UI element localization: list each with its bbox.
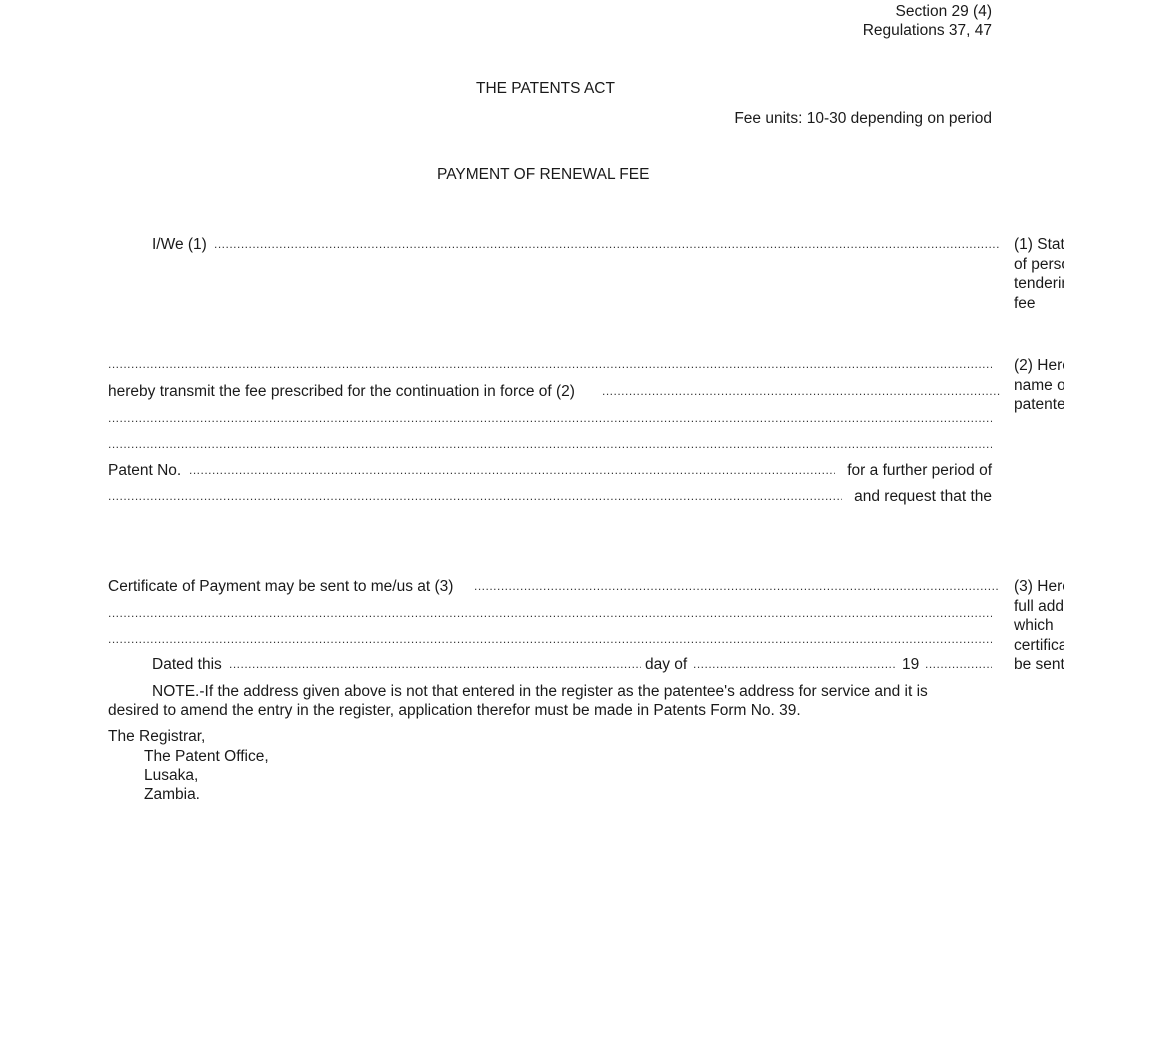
request-label: and request that the	[854, 487, 992, 506]
margin-note-3-line: certificate	[1014, 636, 1064, 656]
note-line-2: desired to amend the entry in the regist…	[108, 701, 801, 720]
patent-no-label: Patent No.	[108, 461, 181, 480]
margin-note-1-line: (1) State	[1014, 235, 1064, 255]
patentee-name-field-line2[interactable]	[108, 409, 992, 428]
address-city: Lusaka,	[144, 766, 198, 785]
section-reference: Section 29 (4)	[896, 2, 993, 21]
margin-note-1-line: tendering	[1014, 274, 1064, 294]
year-field[interactable]	[925, 655, 992, 674]
margin-note-2: (2) Here name of patentee	[1014, 356, 1064, 415]
address-registrar: The Registrar,	[108, 727, 205, 746]
address-country: Zambia.	[144, 785, 200, 804]
further-period-label: for a further period of	[847, 461, 992, 480]
margin-note-2-line: (2) Here	[1014, 356, 1064, 376]
year-prefix: 19	[902, 655, 919, 674]
margin-note-1-line: of persons	[1014, 255, 1064, 275]
applicant-name-field-continued[interactable]	[108, 355, 992, 374]
iwe-label: I/We (1)	[152, 235, 207, 254]
margin-note-1-line: fee	[1014, 294, 1064, 314]
margin-note-3-line: be sent	[1014, 655, 1064, 675]
month-field[interactable]	[693, 655, 897, 674]
patentee-name-field-line3[interactable]	[108, 435, 992, 454]
patentee-name-field[interactable]	[602, 382, 1000, 401]
day-of-label: day of	[645, 655, 687, 674]
address-field-line2[interactable]	[108, 604, 992, 623]
transmit-label: hereby transmit the fee prescribed for t…	[108, 382, 575, 401]
margin-note-1: (1) State of persons tendering fee	[1014, 235, 1064, 313]
period-field[interactable]	[108, 487, 842, 506]
address-field[interactable]	[474, 577, 1000, 596]
patent-no-field[interactable]	[189, 461, 835, 480]
margin-note-3-line: which	[1014, 616, 1064, 636]
act-title: THE PATENTS ACT	[476, 79, 615, 98]
margin-note-2-line: name of	[1014, 376, 1064, 396]
address-field-line3[interactable]	[108, 630, 992, 649]
margin-note-3-line: (3) Here	[1014, 577, 1064, 597]
regulations-reference: Regulations 37, 47	[863, 21, 992, 40]
note-line-1: NOTE.-If the address given above is not …	[152, 682, 928, 701]
margin-note-2-line: patentee	[1014, 395, 1064, 415]
applicant-name-field[interactable]	[214, 235, 1000, 254]
fee-units: Fee units: 10-30 depending on period	[734, 109, 992, 128]
margin-note-3-line: full address	[1014, 597, 1064, 617]
address-office: The Patent Office,	[144, 747, 269, 766]
certificate-label: Certificate of Payment may be sent to me…	[108, 577, 453, 596]
day-field[interactable]	[229, 655, 641, 674]
form-title: PAYMENT OF RENEWAL FEE	[437, 165, 649, 184]
margin-note-3: (3) Here full address which certificate …	[1014, 577, 1064, 675]
dated-this-label: Dated this	[152, 655, 222, 674]
